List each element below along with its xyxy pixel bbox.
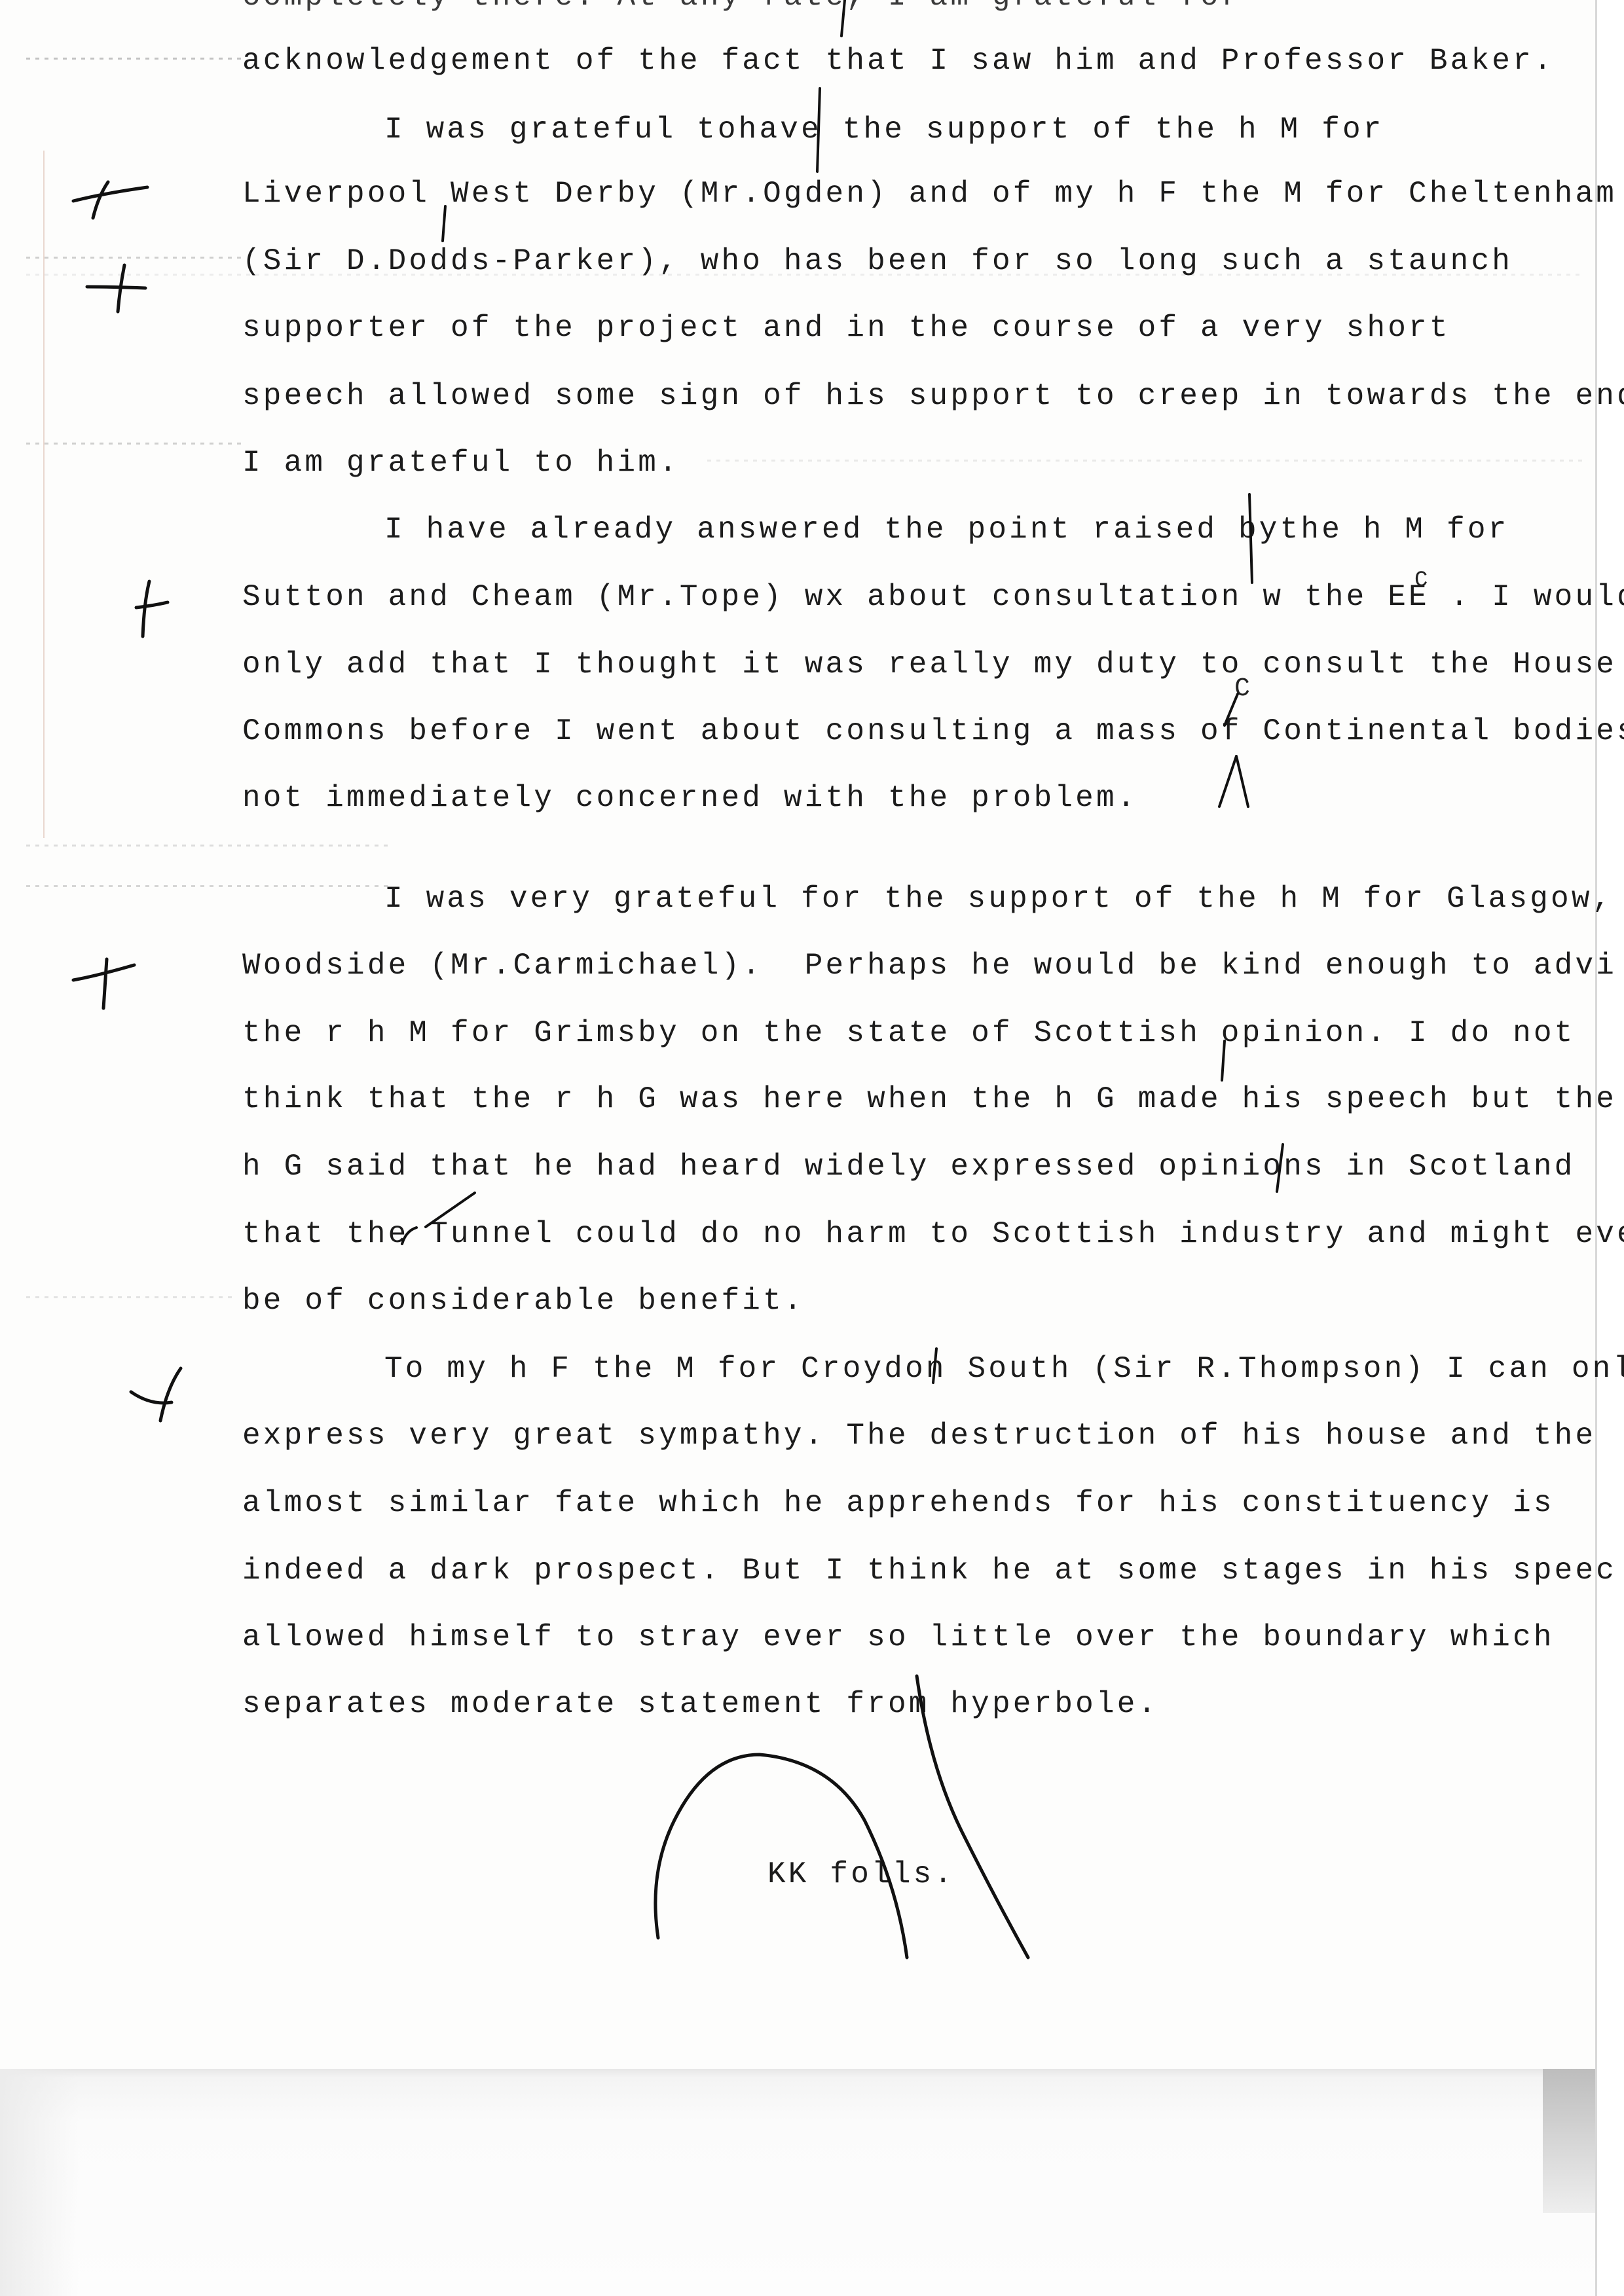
scan-noise xyxy=(707,460,1585,462)
document-line: allowed himself to stray ever so little … xyxy=(242,1621,1555,1654)
margin-rule xyxy=(43,151,45,838)
document-line: think that the r h G was here when the h… xyxy=(242,1083,1617,1116)
scan-noise xyxy=(26,58,242,60)
document-line: supporter of the project and in the cour… xyxy=(242,312,1450,344)
document-line: separates moderate statement from hyperb… xyxy=(242,1688,1158,1721)
document-line: be of considerable benefit. xyxy=(242,1285,805,1317)
document-line: acknowledgement of the fact that I saw h… xyxy=(242,45,1555,77)
scan-noise xyxy=(26,885,393,887)
document-line: I was grateful tohave the support of the… xyxy=(384,113,1384,146)
scan-noise xyxy=(26,257,242,259)
document-line: the r h M for Grimsby on the state of Sc… xyxy=(242,1017,1576,1049)
scan-edge xyxy=(1597,0,1624,2296)
document-line: I am grateful to him. xyxy=(242,446,680,479)
document-line: Liverpool West Derby (Mr.Ogden) and of m… xyxy=(242,177,1617,210)
document-line: I have already answered the point raised… xyxy=(384,513,1509,546)
document-line: h G said that he had heard widely expres… xyxy=(242,1150,1576,1183)
document-line: not immediately concerned with the probl… xyxy=(242,782,1138,814)
scan-noise xyxy=(26,1296,236,1298)
document-line: Woodside (Mr.Carmichael). Perhaps he wou… xyxy=(242,949,1617,982)
document-line: speech allowed some sign of his support … xyxy=(242,380,1624,412)
document-line: I was very grateful for the support of t… xyxy=(384,883,1613,915)
document-line: Commons before I went about consulting a… xyxy=(242,715,1624,748)
document-line: (Sir D.Dodds-Parker), who has been for s… xyxy=(242,245,1513,278)
scan-gray-band xyxy=(0,2069,1595,2296)
scan-noise xyxy=(26,845,393,847)
footer-note: KK folls. xyxy=(767,1858,955,1891)
scan-noise xyxy=(26,443,242,445)
handwritten-superscript: C xyxy=(1414,568,1428,593)
document-line: only add that I thought it was really my… xyxy=(242,648,1617,681)
document-line: To my h F the M for Croydon South (Sir R… xyxy=(384,1353,1624,1385)
document-line: almost similar fate which he apprehends … xyxy=(242,1487,1555,1520)
handwritten-correction: C xyxy=(1234,674,1250,704)
document-line: that the Tunnel could do no harm to Scot… xyxy=(242,1218,1624,1250)
document-line: indeed a dark prospect. But I think he a… xyxy=(242,1554,1617,1587)
document-line: express very great sympathy. The destruc… xyxy=(242,1419,1596,1452)
cropped-top-line: completely there. At any rate, I am grat… xyxy=(242,0,1242,13)
